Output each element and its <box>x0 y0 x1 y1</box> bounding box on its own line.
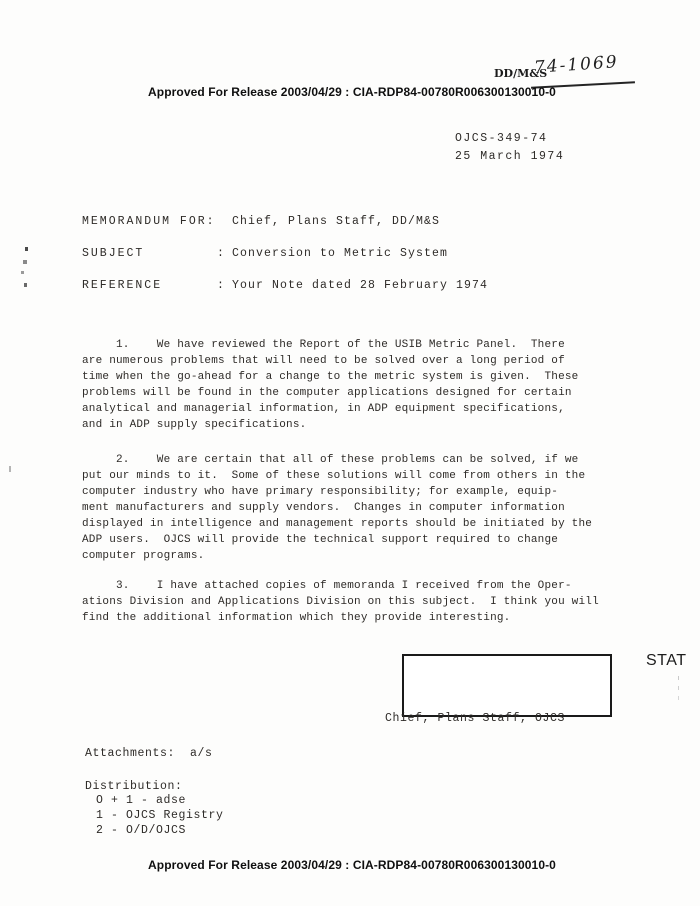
stat-marking: STAT <box>646 652 687 670</box>
memo-row-subject: SUBJECT : Conversion to Metric System <box>0 246 700 262</box>
memo-label-for: MEMORANDUM FOR: <box>82 214 216 230</box>
memo-colon-subject: : <box>217 246 224 262</box>
memo-label-subject: SUBJECT <box>82 246 144 262</box>
release-stamp-top: Approved For Release 2003/04/29 : CIA-RD… <box>148 85 556 99</box>
doc-date: 25 March 1974 <box>455 149 564 165</box>
scan-speck <box>678 686 679 690</box>
distribution-item: 2 - O/D/OJCS <box>96 823 186 839</box>
scan-speck <box>9 466 11 472</box>
paragraph-1: 1. We have reviewed the Report of the US… <box>82 337 578 433</box>
attachments-line: Attachments: a/s <box>85 746 213 762</box>
scan-speck <box>25 247 28 251</box>
distribution-item: 1 - OJCS Registry <box>96 808 224 824</box>
redaction-box <box>402 654 612 717</box>
scan-speck <box>24 283 27 287</box>
doc-number: OJCS-349-74 <box>455 131 547 147</box>
scan-speck <box>678 676 679 680</box>
scan-speck <box>21 271 24 274</box>
distribution-item: O + 1 - adse <box>96 793 186 809</box>
signature-title: Chief, Plans Staff, OJCS <box>385 711 565 727</box>
release-stamp-bottom: Approved For Release 2003/04/29 : CIA-RD… <box>148 858 556 872</box>
memo-value-reference: Your Note dated 28 February 1974 <box>232 278 488 294</box>
memo-row-for: MEMORANDUM FOR: Chief, Plans Staff, DD/M… <box>0 214 700 230</box>
routing-stamp-handwritten-number: 74-1069 <box>533 52 619 78</box>
paragraph-3: 3. I have attached copies of memoranda I… <box>82 578 599 626</box>
memo-label-reference: REFERENCE <box>82 278 162 294</box>
memo-colon-reference: : <box>217 278 224 294</box>
scan-speck <box>23 260 27 264</box>
scan-speck <box>678 696 679 700</box>
document-page: DD/M&S 74-1069 Approved For Release 2003… <box>0 0 700 906</box>
paragraph-2: 2. We are certain that all of these prob… <box>82 452 592 564</box>
memo-value-for: Chief, Plans Staff, DD/M&S <box>232 214 440 230</box>
memo-row-reference: REFERENCE : Your Note dated 28 February … <box>0 278 700 294</box>
memo-value-subject: Conversion to Metric System <box>232 246 448 262</box>
